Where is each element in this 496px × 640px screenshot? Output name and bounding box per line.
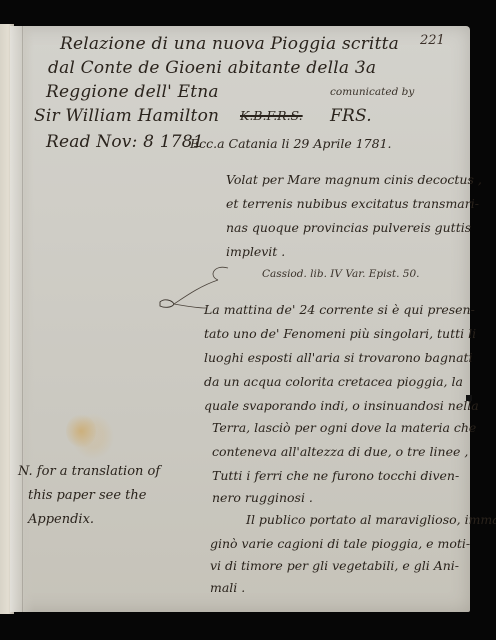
body-line: nero rugginosi . [212,490,313,505]
margin-note-line: Appendix. [28,512,94,527]
gutter-fold-line [22,26,23,612]
letter-date: Ecc.a Catania li 29 Aprile 1781. [190,136,392,151]
title-line-3: Reggione dell' Etna [46,82,219,102]
body-line: quale svaporando indi, o insinuandosi ne… [204,398,479,413]
body-line: Tutti i ferri che ne furono tocchi diven… [212,468,459,483]
body-line: ginò varie cagioni di tale pioggia, e mo… [210,536,470,551]
title-line-4-suffix: FRS. [330,106,372,126]
epigraph-line: et terrenis nubibus excitatus transmari- [226,196,479,211]
margin-note-line: this paper see the [28,488,146,503]
body-line: da un acqua colorita cretacea pioggia, l… [204,374,463,389]
body-line: luoghi esposti all'aria si trovarono bag… [204,350,473,365]
body-line: vi di timore per gli vegetabili, e gli A… [210,558,459,573]
margin-note-line: N. for a translation of [18,464,160,479]
epigraph-line: implevit . [226,244,285,259]
title-insert-communicated: comunicated by [330,86,414,98]
body-line: La mattina de' 24 corrente si è qui pres… [204,302,475,317]
body-line: tato uno de' Fenomeni più singolari, tut… [204,326,476,341]
title-line-4-name: Sir William Hamilton [34,106,219,126]
title-line-4-struck: K.B.F.R.S. [240,108,303,123]
paper-stain [66,414,96,448]
epigraph-citation: Cassiod. lib. IV Var. Epist. 50. [262,268,419,280]
body-line: mali . [210,580,245,595]
epigraph-line: Volat per Mare magnum cinis decoctus , [226,172,482,187]
read-date: Read Nov: 8 1781 [46,132,204,152]
body-line: Terra, lasciò per ogni dove la materia c… [212,420,476,435]
body-line: conteneva all'altezza di due, o tre line… [212,444,468,459]
title-line-1: Relazione di una nuova Pioggia scritta [60,34,399,54]
epigraph-line: nas quoque provincias pulvereis guttis [226,220,471,235]
title-line-2: dal Conte de Gioeni abitante della 3a [48,58,376,78]
folio-number: 221 [420,33,445,48]
body-line: Il publico portato al maraviglioso, imma… [246,512,496,527]
